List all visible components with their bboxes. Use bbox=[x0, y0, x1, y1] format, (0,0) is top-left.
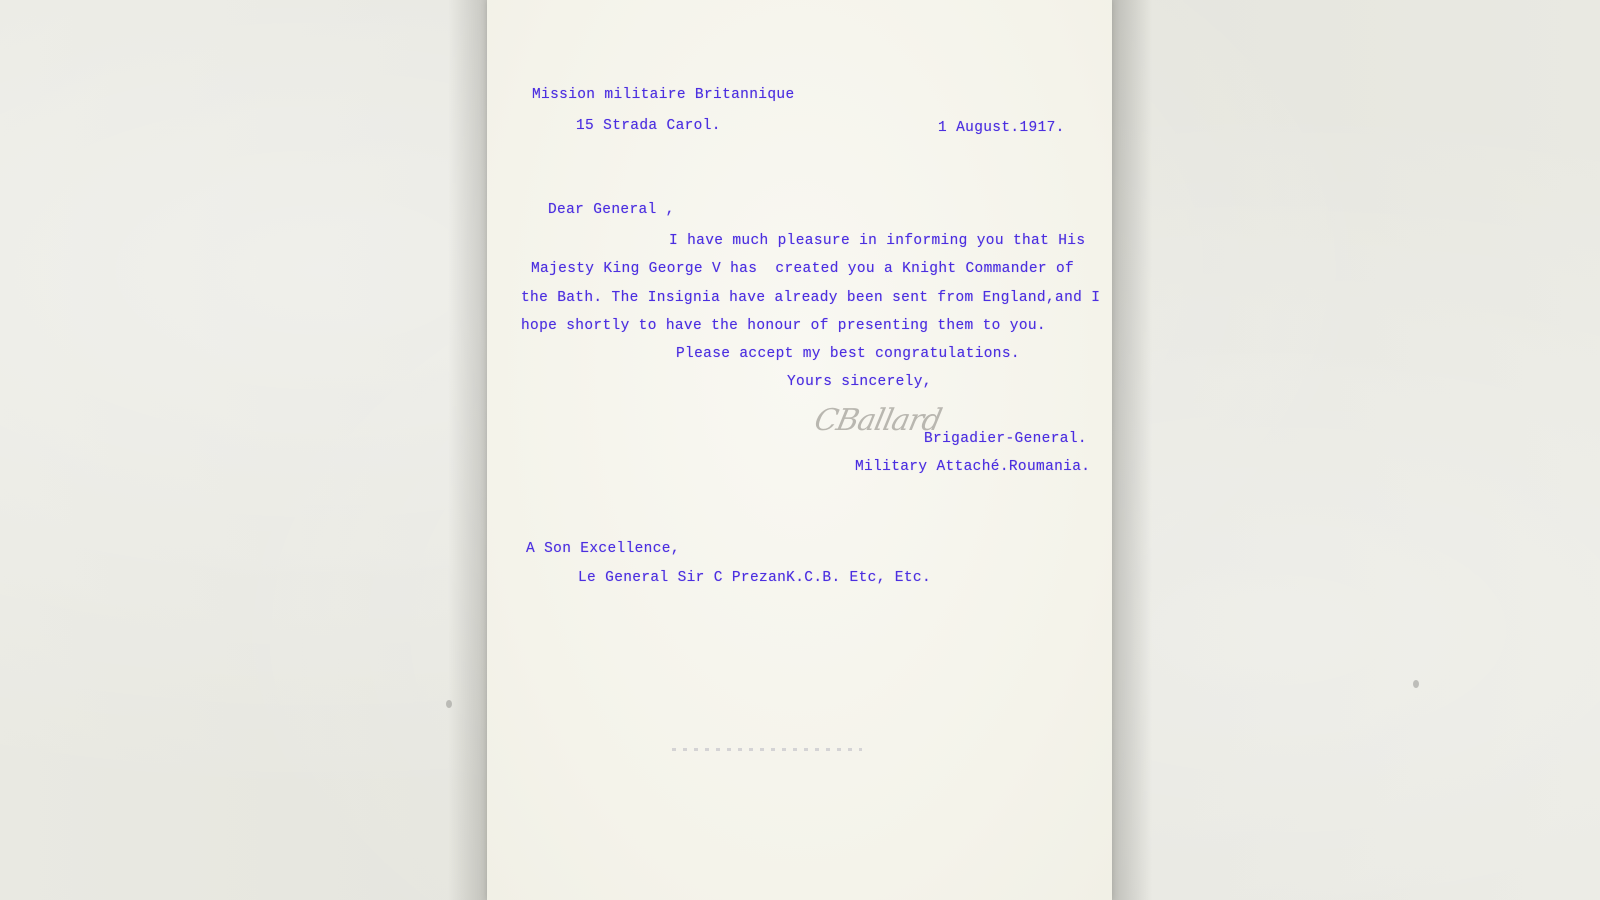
paper-shadow-right bbox=[1112, 0, 1152, 900]
signatory-rank: Brigadier-General. bbox=[924, 432, 1087, 447]
faint-typed-marks bbox=[672, 748, 862, 751]
salutation: Dear General , bbox=[548, 203, 675, 218]
letter-date: 1 August.1917. bbox=[938, 121, 1065, 136]
body-line: I have much pleasure in informing you th… bbox=[669, 234, 1085, 249]
addressee-line-1: A Son Excellence, bbox=[526, 542, 680, 557]
paper-shadow-left bbox=[448, 0, 488, 900]
signatory-title: Military Attaché.Roumania. bbox=[855, 460, 1090, 475]
letterhead-address: 15 Strada Carol. bbox=[576, 119, 721, 134]
body-line: hope shortly to have the honour of prese… bbox=[521, 319, 1046, 334]
addressee-line-2: Le General Sir C PrezanK.C.B. Etc, Etc. bbox=[578, 571, 931, 586]
body-line: Majesty King George V has created you a … bbox=[531, 262, 1074, 277]
body-line: Please accept my best congratulations. bbox=[676, 347, 1020, 362]
letterhead-organization: Mission militaire Britannique bbox=[532, 88, 795, 103]
scan-speck bbox=[446, 700, 452, 708]
closing: Yours sincerely, bbox=[787, 375, 932, 390]
scan-speck bbox=[1413, 680, 1419, 688]
body-line: the Bath. The Insignia have already been… bbox=[521, 291, 1100, 306]
